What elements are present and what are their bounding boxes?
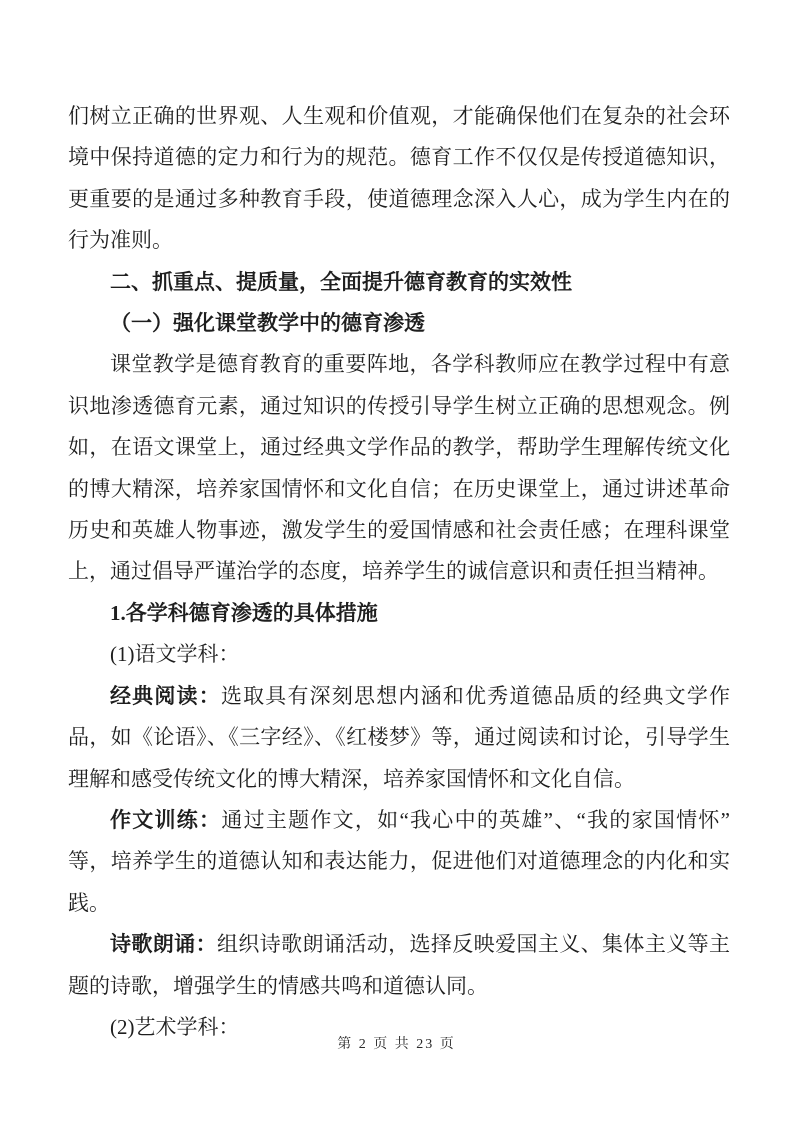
document-page: 们树立正确的世界观、人生观和价值观，才能确保他们在复杂的社会环境中保持道德的定力…: [0, 0, 793, 1122]
section-heading: 二、抓重点、提质量，全面提升德育教育的实效性: [68, 262, 730, 303]
paragraph-essay-training: 作文训练：通过主题作文，如“我心中的英雄”、“我的家国情怀”等，培养学生的道德认…: [68, 800, 730, 924]
paragraph-lead: 诗歌朗诵：: [110, 932, 217, 956]
page-number-text: 第 2 页 共 23 页: [337, 1037, 456, 1052]
paragraph-lead: 作文训练：: [110, 808, 221, 832]
paragraph-continuation: 们树立正确的世界观、人生观和价值观，才能确保他们在复杂的社会环境中保持道德的定力…: [68, 96, 730, 262]
paragraph-lead: 经典阅读：: [110, 684, 221, 708]
paragraph: 课堂教学是德育教育的重要阵地，各学科教师应在教学过程中有意识地渗透德育元素，通过…: [68, 344, 730, 592]
page-footer: 第 2 页 共 23 页: [0, 1034, 793, 1056]
subsection-heading: （一）强化课堂教学中的德育渗透: [68, 303, 730, 344]
paragraph-classic-reading: 经典阅读：选取具有深刻思想内涵和优秀道德品质的经典文学作品，如《论语》、《三字经…: [68, 676, 730, 800]
list-label-chinese-subject: (1)语文学科：: [68, 634, 730, 675]
paragraph-poetry-recitation: 诗歌朗诵：组织诗歌朗诵活动，选择反映爱国主义、集体主义等主题的诗歌，增强学生的情…: [68, 924, 730, 1007]
numbered-heading: 1.各学科德育渗透的具体措施: [68, 593, 730, 634]
document-body: 们树立正确的世界观、人生观和价值观，才能确保他们在复杂的社会环境中保持道德的定力…: [68, 96, 730, 1048]
